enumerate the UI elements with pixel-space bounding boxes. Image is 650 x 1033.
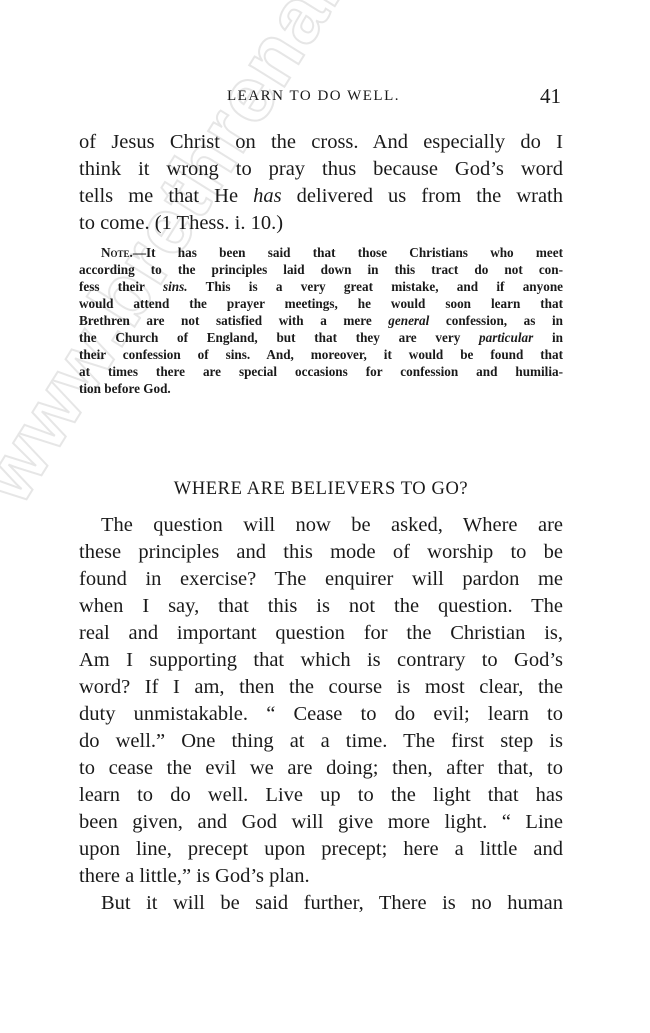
text-line: do well.” One thing at a time. The first… (79, 728, 563, 755)
footnote: Note.—It has been said that those Christ… (79, 244, 563, 397)
note-line: the Church of England, but that they are… (79, 329, 563, 346)
note-line: according to the principles laid down in… (79, 261, 563, 278)
note-label: Note. (101, 245, 133, 260)
text-run: the Church of England, but that they are… (79, 330, 479, 345)
note-line: Note.—It has been said that those Christ… (79, 244, 563, 261)
running-title: LEARN TO DO WELL. (227, 88, 400, 105)
text-run: This is a very great mistake, and if any… (188, 279, 564, 294)
note-line: fess their sins. This is a very great mi… (79, 278, 563, 295)
italic-emphasis: has (253, 185, 281, 207)
text-run: tells me that He (79, 185, 253, 207)
italic-emphasis: sins. (163, 279, 188, 294)
text-line: there a little,” is God’s plan. (79, 863, 563, 890)
text-line: duty unmistakable. “ Cease to do evil; l… (79, 701, 563, 728)
text-line: found in exercise? The enquirer will par… (79, 566, 563, 593)
text-line: But it will be said further, There is no… (79, 890, 563, 917)
italic-emphasis: particular (479, 330, 533, 345)
text-run: confession, as in (429, 313, 563, 328)
text-line: been given, and God will give more light… (79, 809, 563, 836)
note-line: at times there are special occasions for… (79, 363, 563, 380)
note-line: tion before God. (79, 380, 563, 397)
text-line: when I say, that this is not the questio… (79, 593, 563, 620)
page-number: 41 (540, 84, 561, 109)
section-body: The question will now be asked, Where ar… (79, 512, 563, 917)
text-line: The question will now be asked, Where ar… (79, 512, 563, 539)
note-line: would attend the prayer meetings, he wou… (79, 295, 563, 312)
running-head: LEARN TO DO WELL. 41 (79, 84, 563, 108)
text-line: real and important question for the Chri… (79, 620, 563, 647)
text-run: Brethren are not satisfied with a mere (79, 313, 388, 328)
note-line: their confession of sins. And, moreover,… (79, 346, 563, 363)
continued-paragraph: of Jesus Christ on the cross. And especi… (79, 129, 563, 237)
text-run: fess their (79, 279, 163, 294)
text-line: of Jesus Christ on the cross. And especi… (79, 129, 563, 156)
text-line: think it wrong to pray thus because God’… (79, 156, 563, 183)
text-run: delivered us from the wrath (282, 185, 563, 207)
text-line: to come. (1 Thess. i. 10.) (79, 210, 563, 237)
text-line: upon line, precept upon precept; here a … (79, 836, 563, 863)
text-run: —It has been said that those Christians … (133, 245, 563, 260)
note-line: Brethren are not satisfied with a mere g… (79, 312, 563, 329)
text-line: word? If I am, then the course is most c… (79, 674, 563, 701)
text-line: Am I supporting that which is contrary t… (79, 647, 563, 674)
text-line: these principles and this mode of worshi… (79, 539, 563, 566)
section-heading: WHERE ARE BELIEVERS TO GO? (79, 479, 563, 500)
text-line: learn to do well. Live up to the light t… (79, 782, 563, 809)
italic-emphasis: general (388, 313, 429, 328)
text-line: tells me that He has delivered us from t… (79, 183, 563, 210)
text-line: to cease the evil we are doing; then, af… (79, 755, 563, 782)
text-run: in (533, 330, 563, 345)
